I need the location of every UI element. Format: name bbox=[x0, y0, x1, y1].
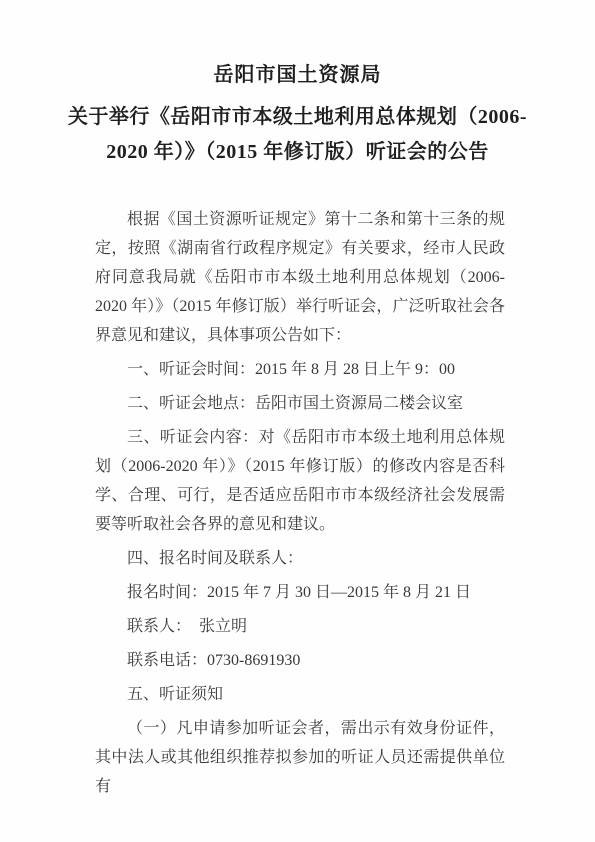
intro-paragraph: 根据《国土资源听证规定》第十二条和第十三条的规定，按照《湖南省行政程序规定》有关… bbox=[95, 205, 505, 350]
item-hearing-notes: 五、听证须知 bbox=[95, 680, 505, 709]
document-body: 根据《国土资源听证规定》第十二条和第十三条的规定，按照《湖南省行政程序规定》有关… bbox=[95, 205, 505, 801]
contact-person-line: 联系人： 张立明 bbox=[95, 612, 505, 641]
doc-title-line-2: 2020 年）》（2015 年修订版）听证会的公告 bbox=[0, 135, 595, 170]
item-hearing-content: 三、听证会内容：对《岳阳市市本级土地利用总体规划（2006-2020 年）》（2… bbox=[95, 423, 505, 539]
document-header: 岳阳市国土资源局 关于举行《岳阳市市本级土地利用总体规划（2006- 2020 … bbox=[0, 0, 595, 170]
doc-title: 关于举行《岳阳市市本级土地利用总体规划（2006- 2020 年）》（2015 … bbox=[0, 100, 595, 170]
contact-phone-line: 联系电话：0730-8691930 bbox=[95, 646, 505, 675]
item-registration-contact: 四、报名时间及联系人： bbox=[95, 544, 505, 573]
item-hearing-venue: 二、听证会地点：岳阳市国土资源局二楼会议室 bbox=[95, 389, 505, 418]
document-page: 岳阳市国土资源局 关于举行《岳阳市市本级土地利用总体规划（2006- 2020 … bbox=[0, 0, 595, 842]
registration-time-line: 报名时间：2015 年 7 月 30 日—2015 年 8 月 21 日 bbox=[95, 578, 505, 607]
item-hearing-time: 一、听证会时间：2015 年 8 月 28 日上午 9：00 bbox=[95, 355, 505, 384]
org-title: 岳阳市国土资源局 bbox=[0, 62, 595, 88]
doc-title-line-1: 关于举行《岳阳市市本级土地利用总体规划（2006- bbox=[0, 100, 595, 135]
note-1-paragraph: （一）凡申请参加听证会者，需出示有效身份证件，其中法人或其他组织推荐拟参加的听证… bbox=[95, 714, 505, 801]
